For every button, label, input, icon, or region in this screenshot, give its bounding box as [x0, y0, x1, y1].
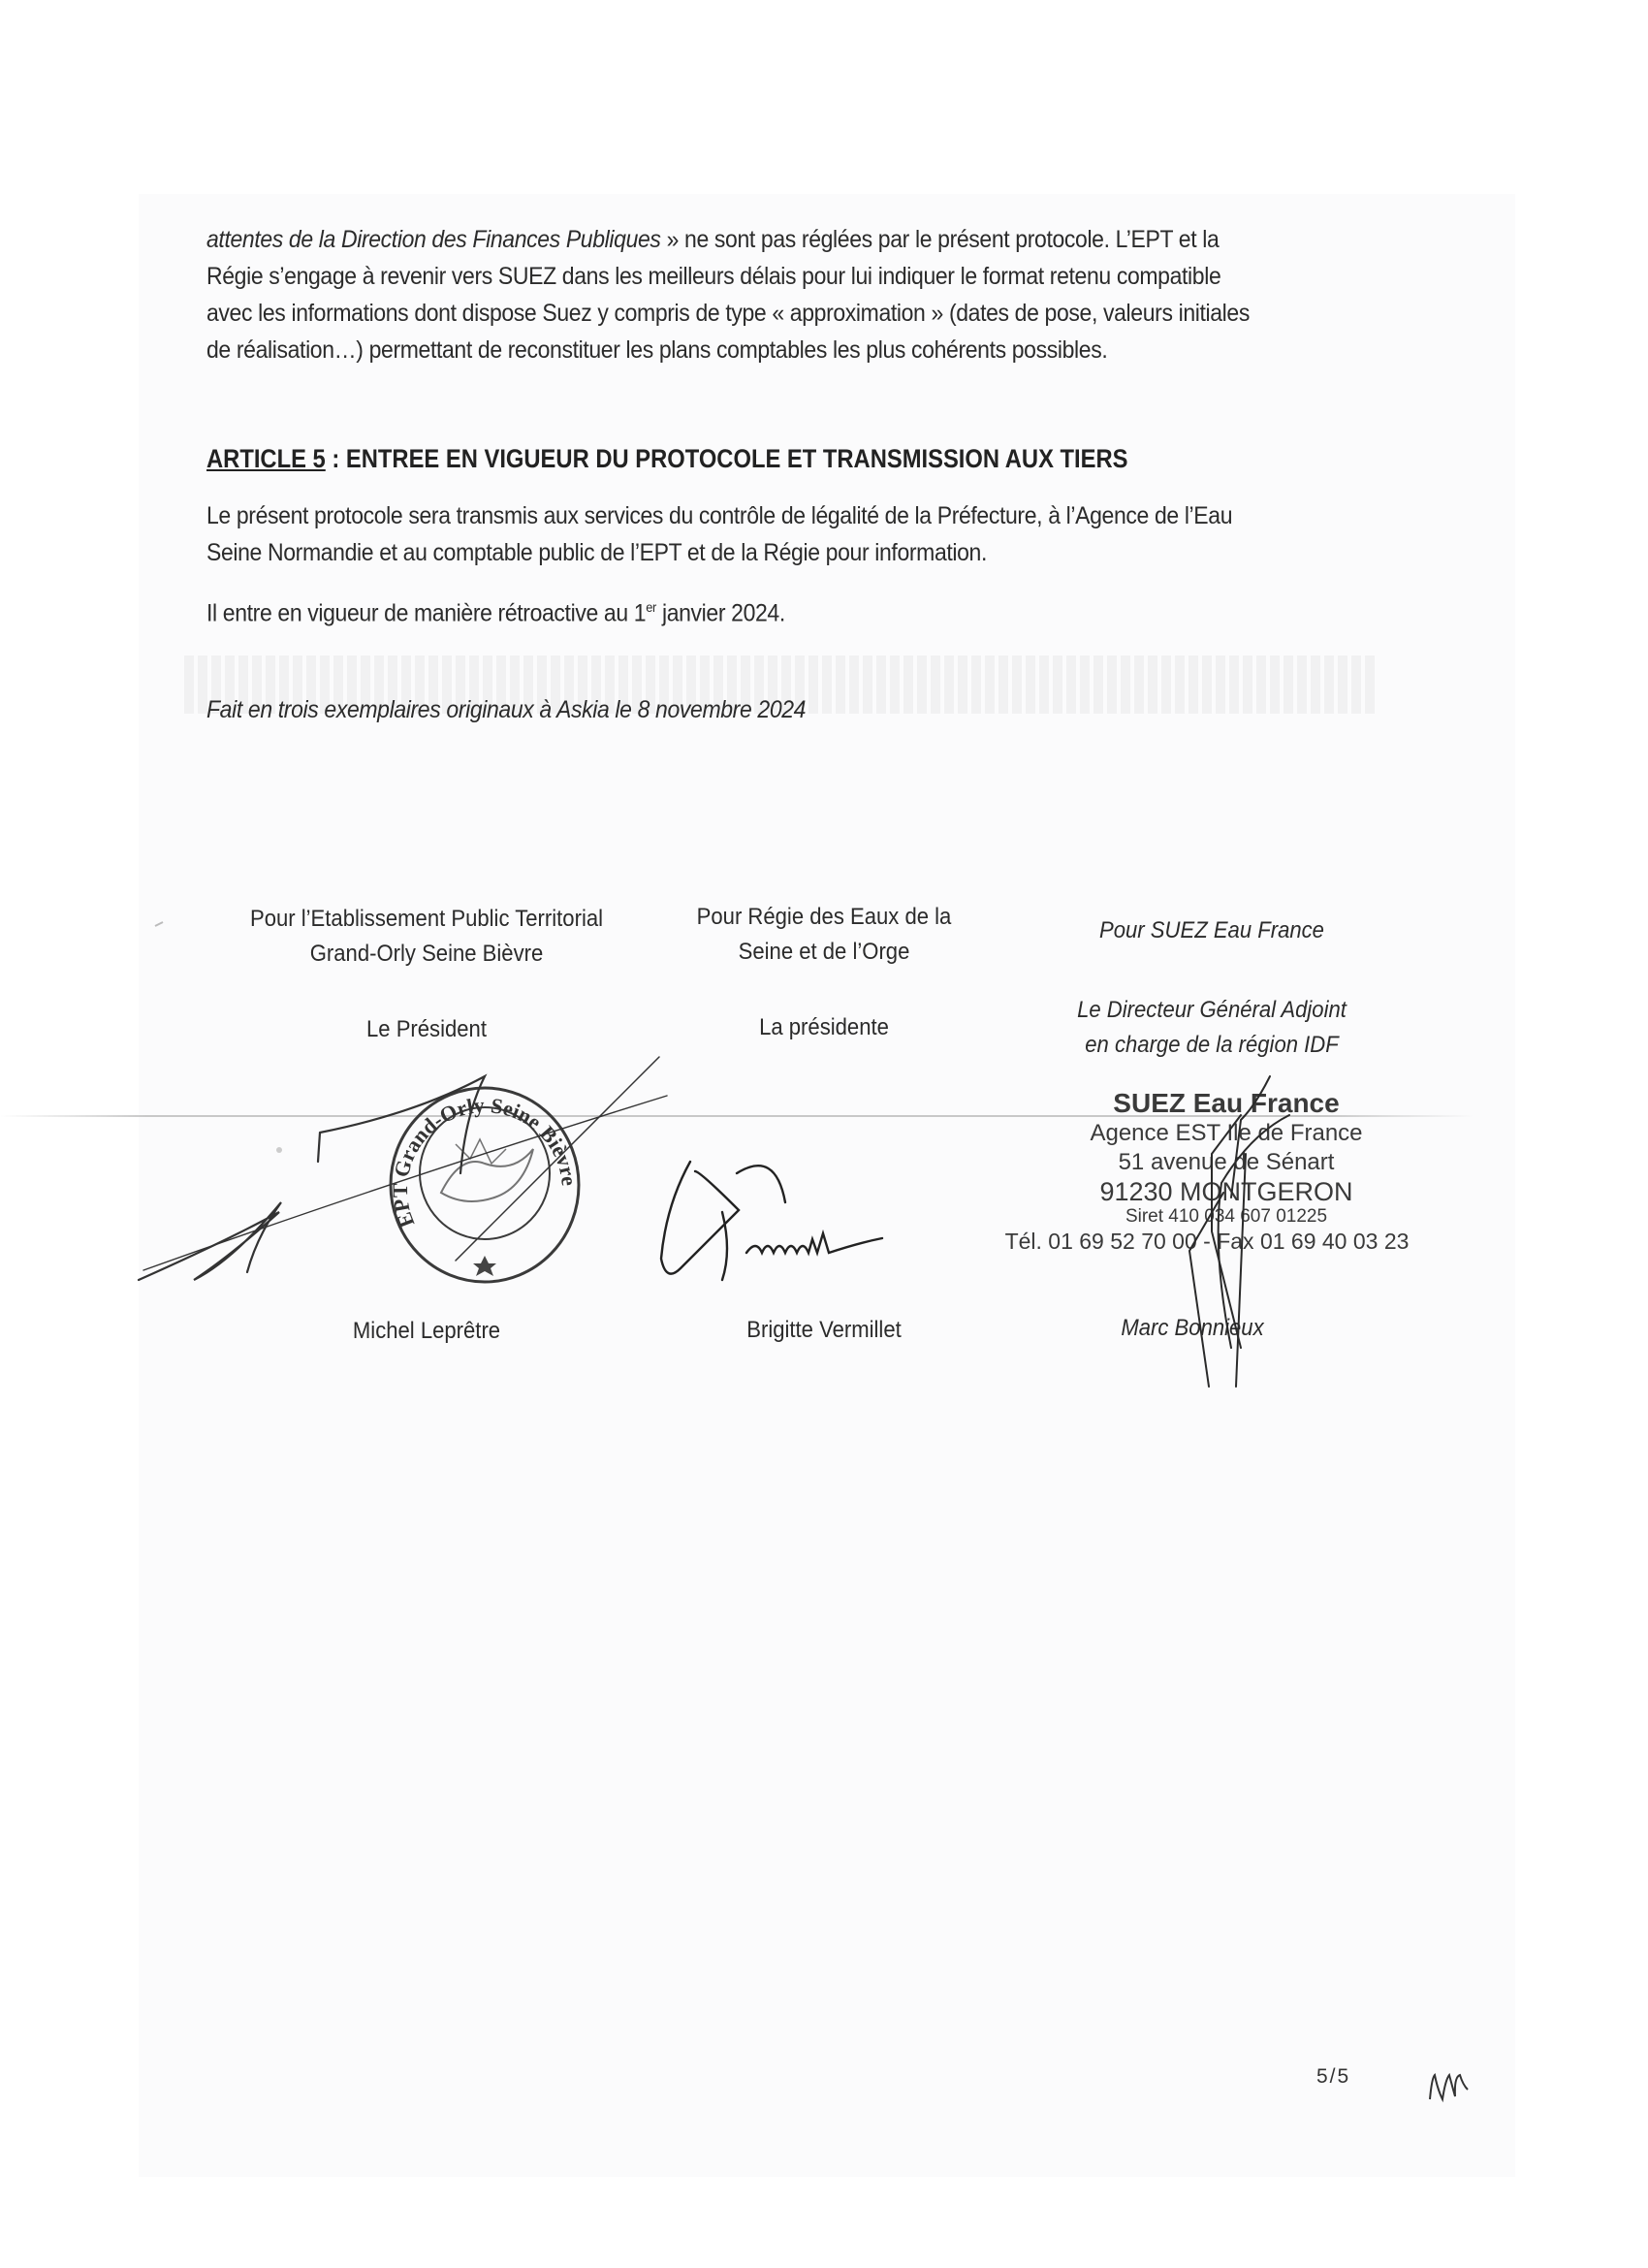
initials-mark	[1430, 2075, 1468, 2099]
signature-brigitte-vermillet	[661, 1162, 882, 1280]
svg-text:EPT Grand-Orly Seine Bièvre: EPT Grand-Orly Seine Bièvre	[388, 1093, 582, 1230]
scan-speck	[155, 922, 163, 926]
page-number: 5/5	[1316, 2065, 1350, 2089]
signature-marc-bonnieux	[1189, 1076, 1289, 1387]
seal-text: EPT Grand-Orly Seine Bièvre	[388, 1093, 582, 1230]
scan-speck	[276, 1147, 282, 1153]
ept-official-seal: EPT Grand-Orly Seine Bièvre	[388, 1088, 582, 1282]
signatures-layer: EPT Grand-Orly Seine Bièvre MY	[0, 0, 1648, 2268]
initials-text: MY	[1431, 2103, 1433, 2105]
